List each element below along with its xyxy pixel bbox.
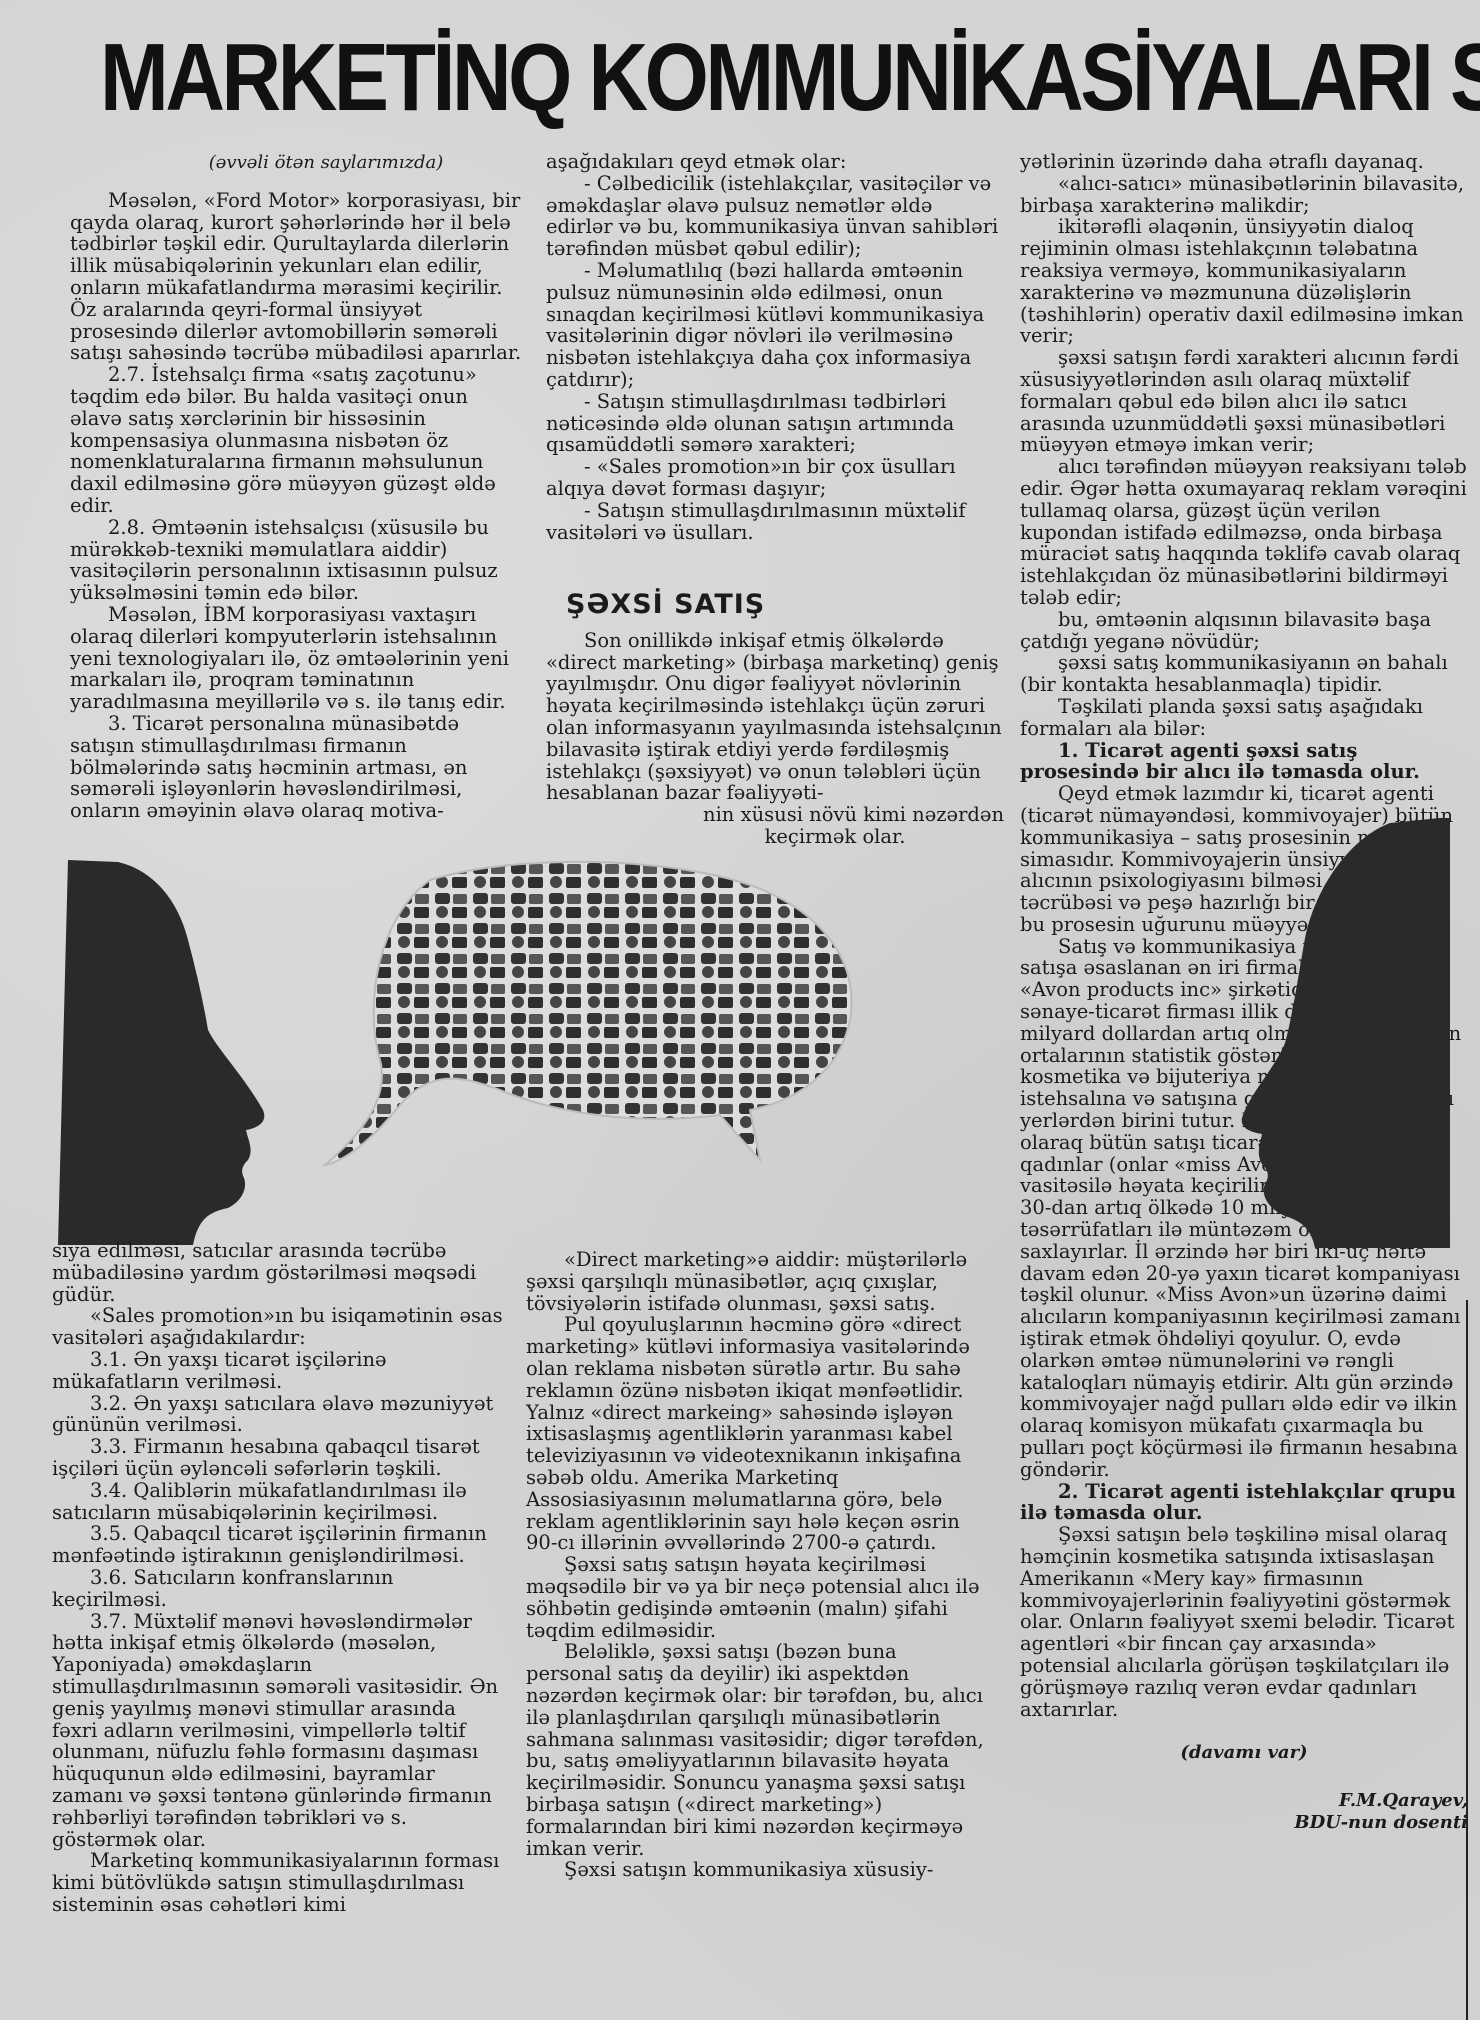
paragraph: yətlərinin üzərində daha ətraflı dayanaq… [1020,151,1468,173]
paragraph: 3.7. Müxtəlif mənəvi həvəsləndirmələr hə… [52,1611,504,1851]
paragraph: - Satışın stimullaşdırılması tədbirləri … [546,391,1004,456]
column-1-bottom: siya edilməsi, satıcılar arasında təcrüb… [52,1240,504,1916]
paragraph: Şəxsi satışın kommunikasiya xüsusiy- [526,1859,984,1881]
paragraph: Marketinq kommunikasiyalarının forması k… [52,1850,504,1915]
paragraph: Pul qoyuluşlarının həcminə görə «direct … [526,1314,984,1554]
paragraph: Təşkilati planda şəxsi satış aşağıdakı f… [1020,696,1468,740]
author-title: BDU-nun dosenti [1020,1812,1468,1834]
headline: MARKETİNQ KOMMUNİKASİYALARI SİSTEMİ [100,28,1278,128]
paragraph: ikitərəfli əlaqənin, ünsiyyətin dialoq r… [1020,216,1468,347]
paragraph: «alıcı-satıcı» münasibətlərinin bilavasi… [1020,173,1468,217]
newspaper-page: MARKETİNQ KOMMUNİKASİYALARI SİSTEMİ (əvv… [0,0,1480,2020]
paragraph: - Cəlbedicilik (istehlakçılar, vasitəçil… [546,173,1004,260]
paragraph: - «Sales promotion»ın bir çox üsulları a… [546,456,1004,500]
left-face-silhouette-icon [58,860,268,1245]
paragraph: - Satışın stimullaşdırılmasının müxtəlif… [546,500,1004,544]
paragraph: «Direct marketing»ə aiddir: müştərilərlə… [526,1249,984,1314]
paragraph: 3.4. Qaliblərin mükafatlandırılması ilə … [52,1480,504,1524]
paragraph: Şəxsi satış satışın həyata keçirilməsi m… [526,1554,984,1641]
column-2-section: ŞƏXSİ SATIŞ Son onillikdə inkişaf etmiş … [546,582,1004,848]
paragraph: - Məlumatlılıq (bəzi hallarda əmtəənin p… [546,260,1004,391]
paragraph-tail-line: nin xüsusi növü kimi nəzərdən [546,804,1004,826]
paragraph: 3.1. Ən yaxşı ticarət işçilərinə mükafat… [52,1349,504,1393]
paragraph: Məsələn, İBM korporasiyası vaxtaşırı ola… [70,604,522,713]
right-face-silhouette-icon [1240,818,1450,1248]
paragraph: Məsələn, «Ford Motor» korporasiyası, bir… [70,190,522,364]
paragraph: 3.5. Qabaqcıl ticarət işçilərinin firman… [52,1523,504,1567]
paragraph: 3.3. Firmanın hesabına qabaqcıl tisarət … [52,1436,504,1480]
speech-bubble-icon [280,860,900,1190]
right-border-line [1466,1300,1468,2020]
author-signature: F.M.Qarayev,BDU-nun dosenti [1020,1790,1468,1834]
paragraph: Beləliklə, şəxsi satışı (bəzən buna pers… [526,1641,984,1859]
paragraph: aşağıdakıları qeyd etmək olar: [546,151,1004,173]
paragraph: 3.2. Ən yaxşı satıcılara əlavə məzuniyyə… [52,1393,504,1437]
paragraph: «Sales promotion»ın bu isiqamətinin əsas… [52,1305,504,1349]
paragraph: 2.7. İstehsalçı firma «satış zaçotunu» t… [70,364,522,517]
paragraph: 3.6. Satıcıların konfranslarının keçiril… [52,1567,504,1611]
paragraph-tail-line: keçirmək olar. [546,826,1004,848]
paragraph: 3. Ticarət personalına münasibətdə satış… [70,713,522,822]
paragraph: 2.8. Əmtəənin istehsalçısı (xüsusilə bu … [70,517,522,604]
paragraph: alıcı tərəfindən müəyyən reaksiyanı tələ… [1020,456,1468,609]
section-heading: ŞƏXSİ SATIŞ [566,594,1004,616]
illustration [50,860,1450,1250]
author-name: F.M.Qarayev, [1020,1790,1468,1812]
paragraph: Son onillikdə inkişaf etmiş ölkələrdə «d… [546,630,1004,804]
paragraph: şəxsi satış kommunikasiyanın ən bahalı (… [1020,652,1468,696]
column-1-top: (əvvəli ötən saylarımızda) Məsələn, «For… [70,152,522,822]
column-2-bottom: «Direct marketing»ə aiddir: müştərilərlə… [526,1249,984,1881]
subtitle: (əvvəli ötən saylarımızda) [130,152,522,174]
paragraph: şəxsi satışın fərdi xarakteri alıcının f… [1020,347,1468,456]
continued-note: (davamı var) [1020,1742,1468,1764]
paragraph: Şəxsi satışın belə təşkilinə misal olara… [1020,1524,1468,1720]
column-2-top: aşağıdakıları qeyd etmək olar:- Cəlbedic… [546,151,1004,543]
paragraph: 1. Ticarət agenti şəxsi satış prosesində… [1020,740,1468,784]
paragraph: bu, əmtəənin alqısının bilavasitə başa ç… [1020,609,1468,653]
paragraph: 2. Ticarət agenti istehlakçılar qrupu il… [1020,1481,1468,1525]
paragraph: siya edilməsi, satıcılar arasında təcrüb… [52,1240,504,1305]
